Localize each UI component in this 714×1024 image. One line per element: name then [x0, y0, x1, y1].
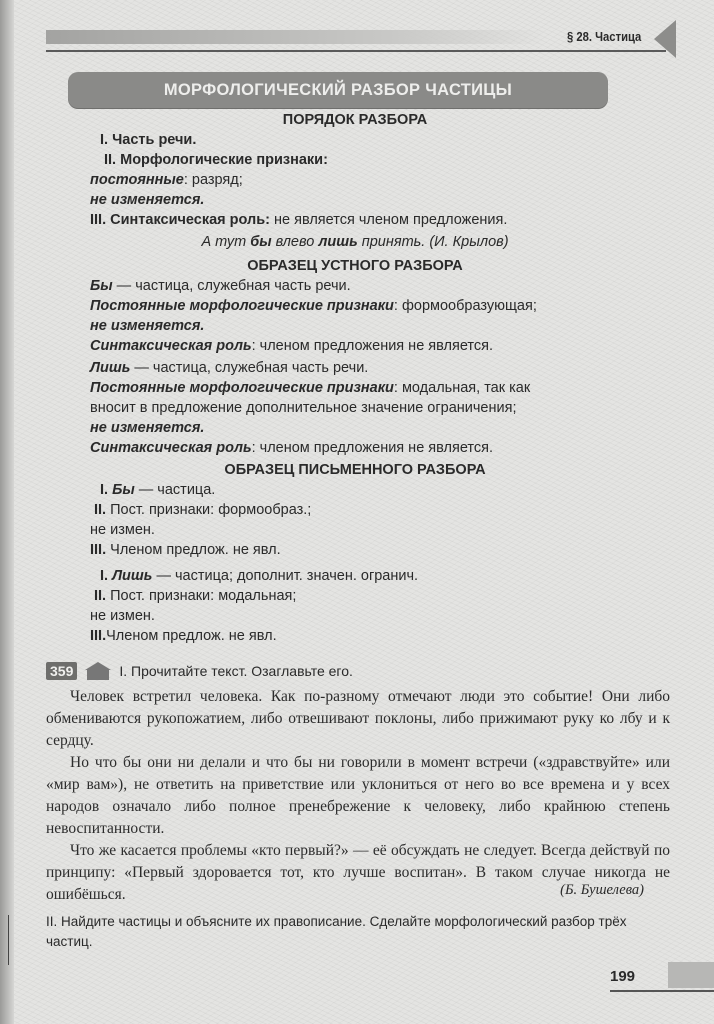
oral-label: Постоянные морфологические признаки [90, 380, 394, 396]
written-lish-line-3: не измен. [90, 606, 620, 626]
oral-word: Лишь [90, 360, 130, 376]
order-section: ПОРЯДОК РАЗБОРА I. Часть речи. II. Морфо… [90, 110, 620, 252]
margin-mark [8, 915, 9, 965]
written-word: Лишь [112, 568, 152, 584]
oral-label: Синтаксическая роль [90, 338, 252, 354]
order-item-5-label: III. Синтаксическая роль: [90, 212, 270, 228]
written-by-line-4: III. Членом предлож. не явл. [90, 540, 620, 560]
oral-by-line-4: Синтаксическая роль: членом предложения … [90, 336, 620, 356]
written-by-line-2: II. Пост. признаки: формообраз.; [90, 500, 620, 520]
oral-word: Бы [90, 278, 113, 294]
example-part: влево [272, 234, 319, 250]
footer-shade [668, 962, 714, 988]
written-text: Членом предлож. не явл. [110, 542, 280, 558]
footer-rule [610, 990, 714, 992]
header-bar [46, 30, 546, 44]
page-number: 199 [610, 968, 635, 985]
written-text: — частица. [135, 482, 216, 498]
roman-numeral: I. [100, 568, 112, 584]
exercise-header: 359 I. Прочитайте текст. Озаглавьте его. [46, 662, 353, 680]
written-heading: ОБРАЗЕЦ ПИСЬМЕННОГО РАЗБОРА [90, 460, 620, 480]
written-by-line-1: I. Бы — частица. [90, 480, 620, 500]
section-reference: § 28. Частица [567, 30, 641, 44]
oral-heading: ОБРАЗЕЦ УСТНОГО РАЗБОРА [90, 256, 620, 276]
written-lish-line-4: III.Членом предлож. не явл. [90, 626, 620, 646]
oral-lish-line-4: не изменяется. [90, 418, 620, 438]
roman-numeral: III. [90, 628, 106, 644]
oral-text: : модальная, так как [394, 380, 530, 396]
exercise-paragraph: Но что бы они ни делали и что бы ни гово… [46, 752, 670, 840]
order-item-5: III. Синтаксическая роль: не является чл… [90, 210, 620, 230]
written-text: — частица; дополнит. значен. огранич. [152, 568, 418, 584]
order-item-1: I. Часть речи. [90, 130, 620, 150]
page-gutter-shade [0, 0, 14, 1024]
written-text: Пост. признаки: модальная; [110, 588, 296, 604]
exercise-number: 359 [46, 662, 77, 680]
oral-label: Постоянные морфологические признаки [90, 298, 394, 314]
oral-lish-line-2: Постоянные морфологические признаки: мод… [90, 378, 620, 398]
roman-numeral: II. [94, 502, 110, 518]
example-word: лишь [318, 234, 357, 250]
oral-by-line-2: Постоянные морфологические признаки: фор… [90, 296, 620, 316]
oral-lish-line-1: Лишь — частица, служебная часть речи. [90, 358, 620, 378]
order-heading: ПОРЯДОК РАЗБОРА [90, 110, 620, 130]
oral-by-line-1: Бы — частица, служебная часть речи. [90, 276, 620, 296]
roman-numeral: III. [90, 542, 110, 558]
exercise-task-2: II. Найдите частицы и объясните их право… [46, 912, 646, 952]
header-rule [46, 50, 666, 52]
example-part: А тут [201, 234, 250, 250]
oral-lish-line-3: вносит в предложение дополнительное знач… [90, 398, 620, 418]
oral-desc: — частица, служебная часть речи. [130, 360, 368, 376]
order-item-3-text: : разряд; [184, 172, 243, 188]
oral-section: ОБРАЗЕЦ УСТНОГО РАЗБОРА Бы — частица, сл… [90, 256, 620, 458]
example-part: принять. (И. Крылов) [358, 234, 509, 250]
page-corner-arrow-icon [654, 20, 676, 58]
order-item-2: II. Морфологические признаки: [90, 150, 620, 170]
written-lish-line-1: I. Лишь — частица; дополнит. значен. огр… [90, 566, 620, 586]
oral-by-line-3: не изменяется. [90, 316, 620, 336]
order-item-4: не изменяется. [90, 190, 620, 210]
oral-text: : членом предложения не является. [252, 440, 493, 456]
order-example: А тут бы влево лишь принять. (И. Крылов) [90, 232, 620, 252]
exercise-text: Человек встретил человека. Как по-разном… [46, 686, 670, 906]
page-title: МОРФОЛОГИЧЕСКИЙ РАЗБОР ЧАСТИЦЫ [164, 81, 512, 100]
example-word: бы [250, 234, 271, 250]
written-text: Членом предлож. не явл. [106, 628, 276, 644]
exercise-paragraph: Человек встретил человека. Как по-разном… [46, 686, 670, 752]
written-section: ОБРАЗЕЦ ПИСЬМЕННОГО РАЗБОРА I. Бы — част… [90, 460, 620, 646]
oral-desc: — частица, служебная часть речи. [113, 278, 351, 294]
written-word: Бы [112, 482, 135, 498]
roman-numeral: I. [100, 482, 112, 498]
exercise-task-1: I. Прочитайте текст. Озаглавьте его. [119, 663, 353, 679]
text-author: (Б. Бушелева) [560, 882, 644, 899]
written-lish-line-2: II. Пост. признаки: модальная; [90, 586, 620, 606]
title-banner: МОРФОЛОГИЧЕСКИЙ РАЗБОР ЧАСТИЦЫ [68, 72, 608, 108]
order-item-5-text: не является членом предложения. [270, 212, 507, 228]
oral-label: Синтаксическая роль [90, 440, 252, 456]
written-text: Пост. признаки: формообраз.; [110, 502, 311, 518]
roman-numeral: II. [94, 588, 110, 604]
oral-text: : членом предложения не является. [252, 338, 493, 354]
oral-text: : формообразующая; [394, 298, 537, 314]
written-by-line-3: не измен. [90, 520, 620, 540]
order-item-3: постоянные: разряд; [90, 170, 620, 190]
oral-lish-line-5: Синтаксическая роль: членом предложения … [90, 438, 620, 458]
home-task-icon [83, 662, 113, 680]
order-item-3-label: постоянные [90, 172, 184, 188]
